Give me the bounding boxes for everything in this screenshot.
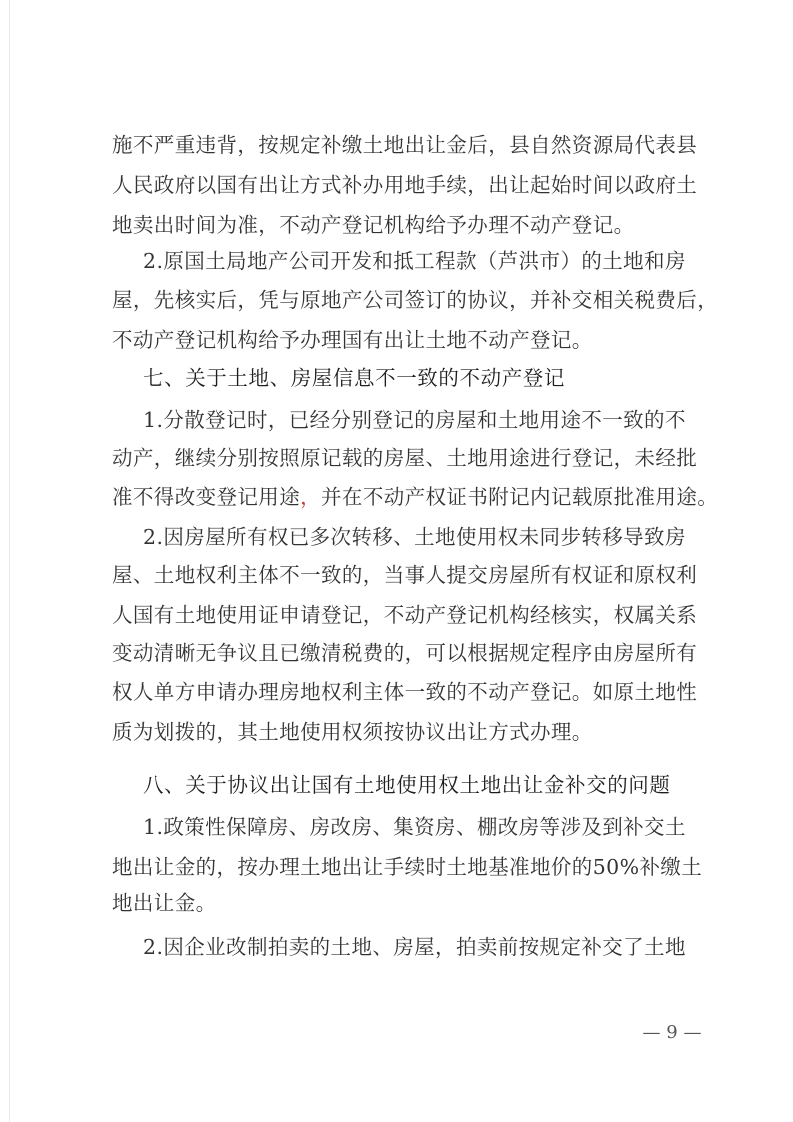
body-line: 不动产登记机构给予办理国有出让土地不动产登记。 [112,320,712,360]
body-line: 动产，继续分别按照原记载的房屋、土地用途进行登记，未经批 [112,438,712,478]
body-line: 质为划拨的，其土地使用权须按协议出让方式办理。 [112,712,712,752]
body-line: 变动清晰无争议且已缴清税费的，可以根据规定程序由房屋所有 [112,633,712,673]
red-comma-mark: ， [300,485,321,509]
body-line: 屋，先核实后，凭与原地产公司签订的协议，并补交相关税费后， [112,280,712,320]
page-number: — 9 — [632,1018,712,1048]
body-line: 人国有土地使用证申请登记，不动产登记机构经核实，权属关系 [112,595,712,635]
body-line: 地卖出时间为准，不动产登记机构给予办理不动产登记。 [112,205,712,245]
paragraph-start-line: 2.因企业改制拍卖的土地、房屋，拍卖前按规定补交了土地 [143,927,743,967]
body-line: 屋、土地权利主体不一致的，当事人提交房屋所有权证和原权利 [112,555,712,595]
section-heading-7: 七、关于土地、房屋信息不一致的不动产登记 [143,358,743,398]
body-line: 地出让金的，按办理土地出让手续时土地基准地价的50%补缴土 [112,847,712,887]
paragraph-start-line: 1.政策性保障房、房改房、集资房、棚改房等涉及到补交土 [143,807,743,847]
body-line: 权人单方申请办理房地权利主体一致的不动产登记。如原土地性 [112,672,712,712]
body-line: 人民政府以国有出让方式补办用地手续，出让起始时间以政府土 [112,165,712,205]
paragraph-start-line: 1.分散登记时，已经分别登记的房屋和土地用途不一致的不 [143,400,743,440]
section-heading-8: 八、关于协议出让国有土地使用权土地出让金补交的问题 [143,765,743,805]
body-line-mixed: 准不得改变登记用途，并在不动产权证书附记内记载原批准用途。 [112,477,712,517]
document-page: 施不严重违背，按规定补缴土地出让金后，县自然资源局代表县 人民政府以国有出让方式… [0,0,793,1122]
text-segment: 准不得改变登记用途 [112,485,300,509]
paragraph-start-line: 2.因房屋所有权已多次转移、土地使用权未同步转移导致房 [143,517,743,557]
paragraph-start-line: 2.原国土局地产公司开发和抵工程款（芦洪市）的土地和房 [143,241,743,281]
text-segment: 并在不动产权证书附记内记载原批准用途。 [321,485,718,509]
body-line: 地出让金。 [112,883,712,923]
body-line: 施不严重违背，按规定补缴土地出让金后，县自然资源局代表县 [112,125,712,165]
